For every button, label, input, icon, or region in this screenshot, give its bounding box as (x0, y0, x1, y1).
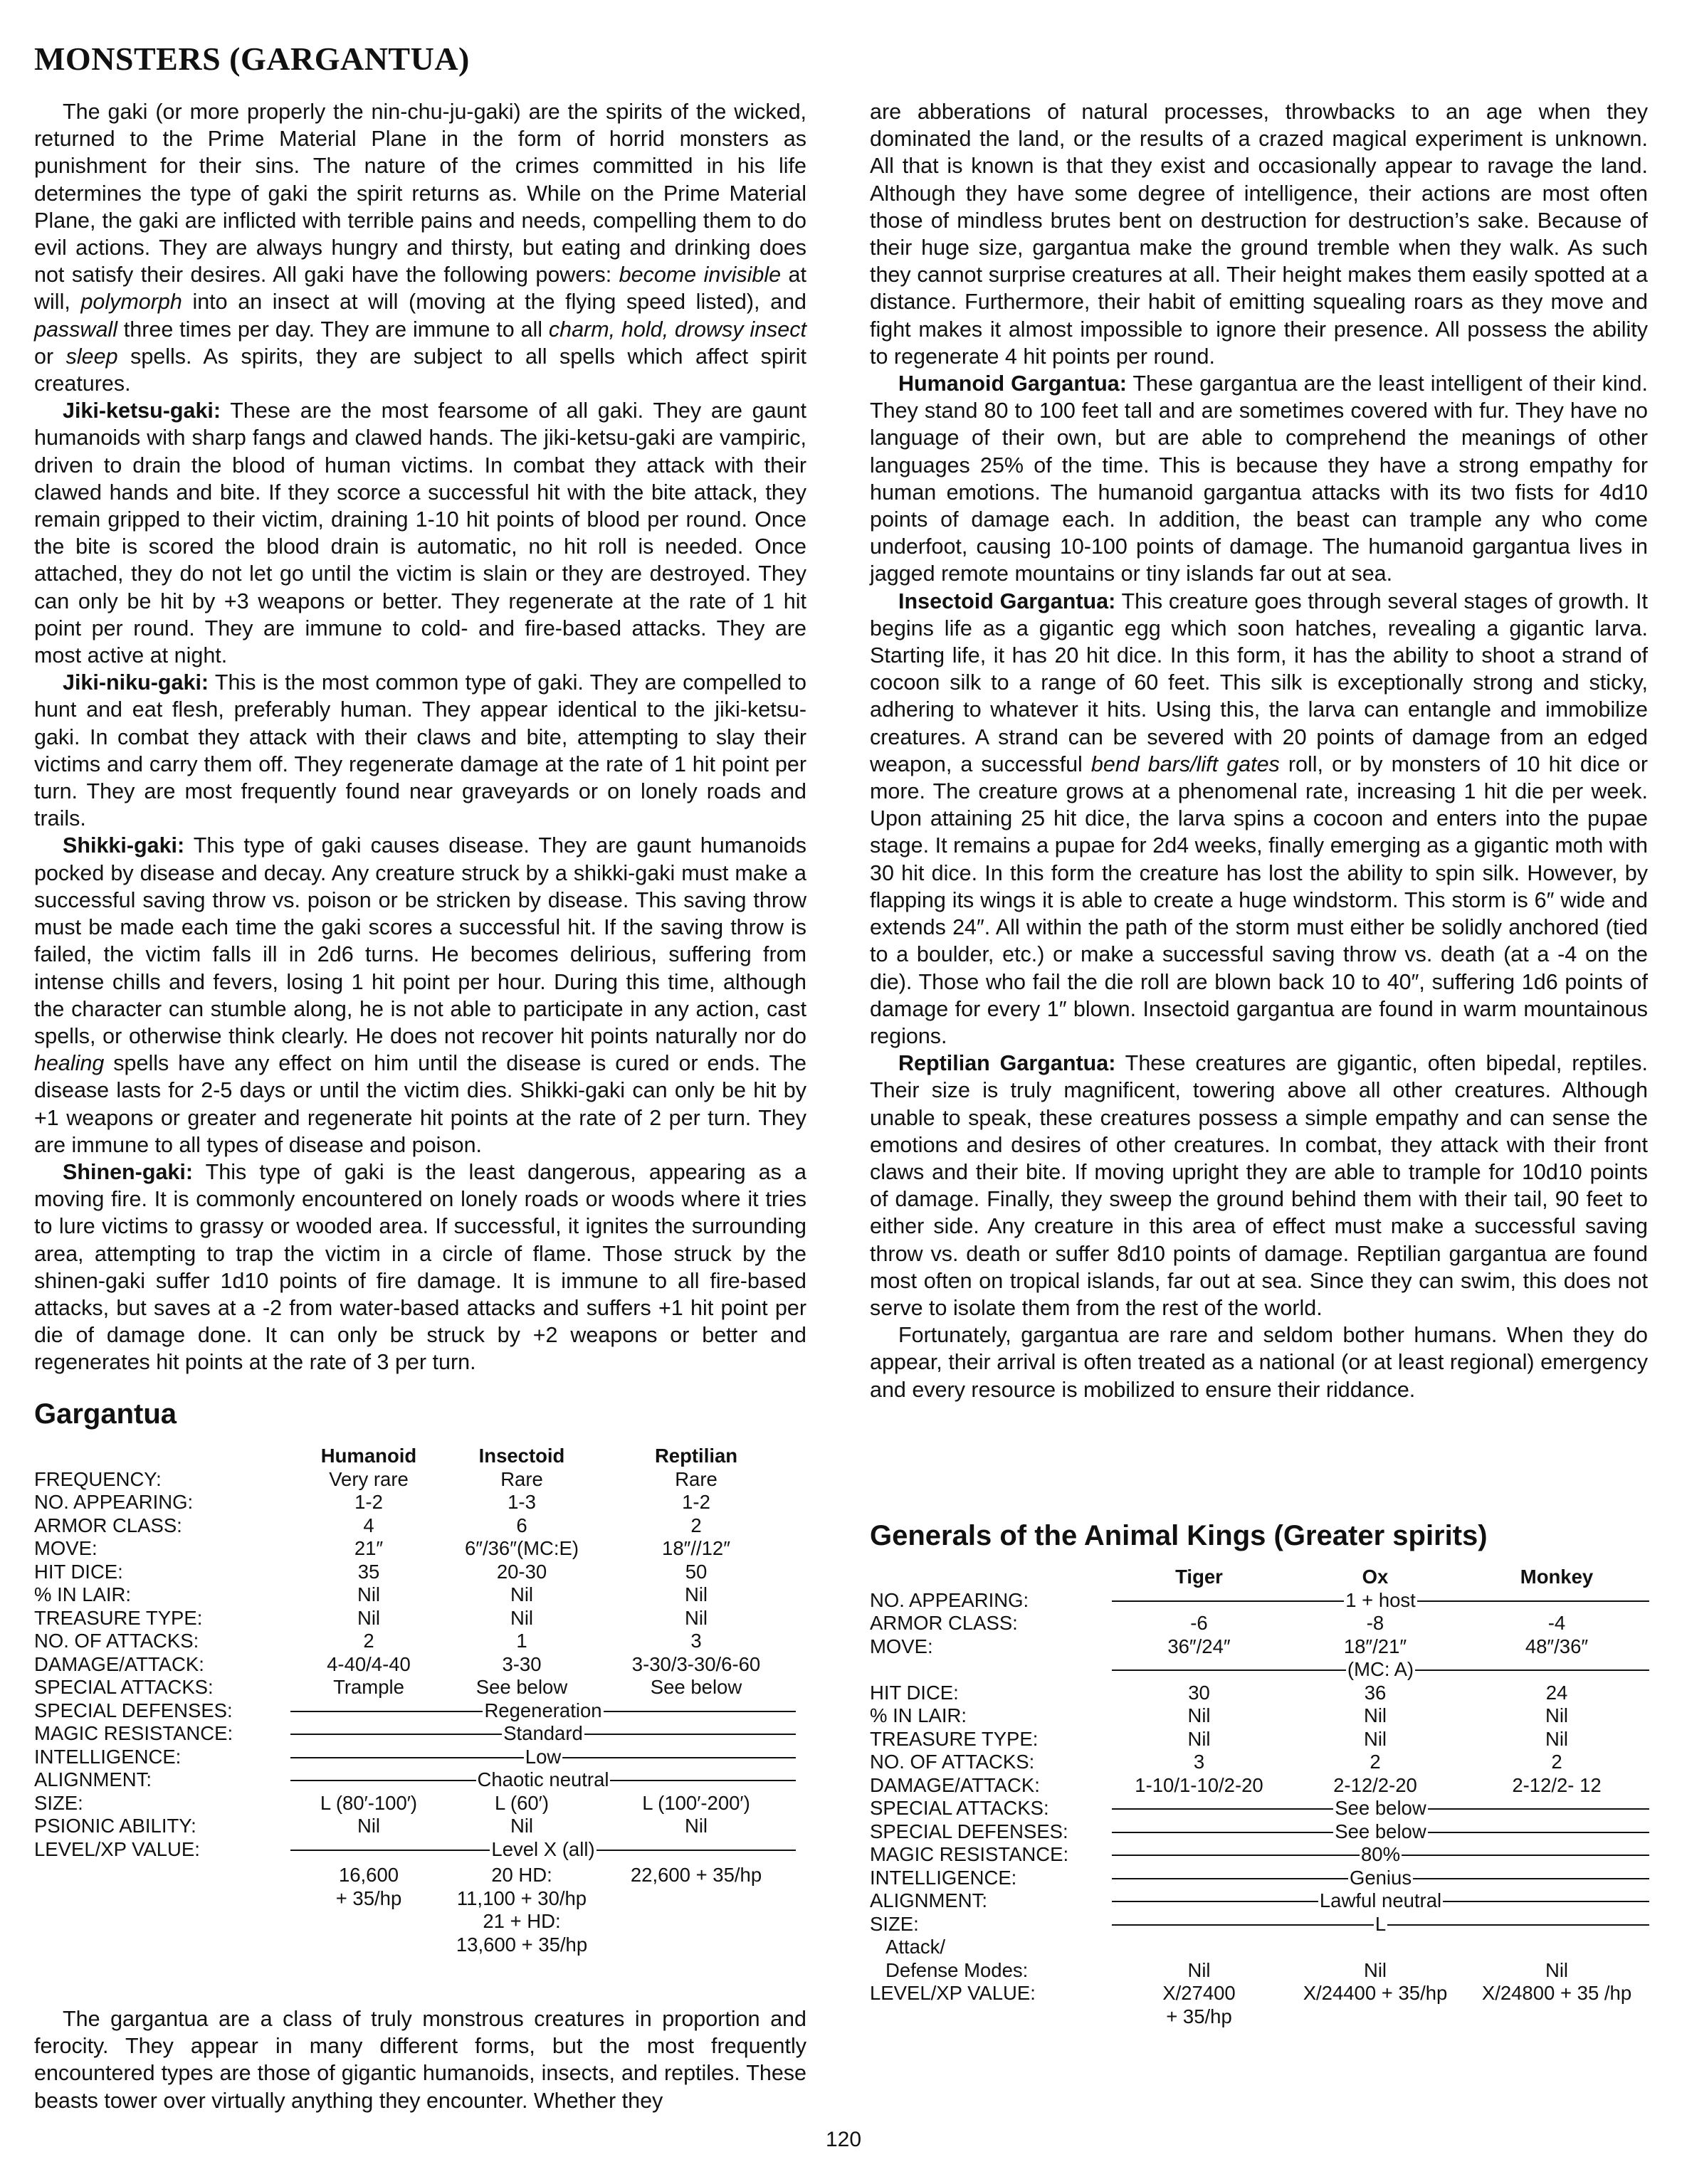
table-row: MAGIC RESISTANCE:Standard (34, 1722, 796, 1746)
spanning-value: L (1112, 1913, 1649, 1936)
entry-name: Shikki-gaki: (63, 833, 184, 858)
table-row: (MC: A) (870, 1658, 1649, 1682)
table-row: SPECIAL DEFENSES:See below (870, 1820, 1649, 1844)
table-row: ALIGNMENT:Lawful neutral (870, 1889, 1649, 1913)
column-header: Reptilian (596, 1445, 796, 1468)
table-row: + 35/hp (870, 2005, 1649, 2029)
table-row: ALIGNMENT:Chaotic neutral (34, 1768, 796, 1792)
insectoid-gargantua-entry: Insectoid Gargantua: This creature goes … (870, 588, 1648, 1050)
table-row: ARMOR CLASS:-6-8-4 (870, 1612, 1649, 1635)
table-row: FREQUENCY:Very rareRareRare (34, 1468, 796, 1492)
table-row: NO. OF ATTACKS:213 (34, 1630, 796, 1653)
table-header-row: Tiger Ox Monkey (870, 1566, 1649, 1589)
table-row: HIT DICE:3520-3050 (34, 1561, 796, 1584)
spanning-value: Genius (1112, 1867, 1649, 1890)
humanoid-gargantua-entry: Humanoid Gargantua: These gargantua are … (870, 370, 1648, 588)
table-row: HIT DICE:303624 (870, 1682, 1649, 1705)
jiki-niku-gaki-entry: Jiki-niku-gaki: This is the most common … (34, 669, 806, 832)
page-number: 120 (826, 2128, 861, 2152)
table-row: MOVE:36″/24″18″/21″48″/36″ (870, 1635, 1649, 1659)
entry-name: Insectoid Gargantua: (898, 589, 1115, 613)
spanning-value: 80% (1112, 1843, 1649, 1867)
table-row: SPECIAL DEFENSES:Regeneration (34, 1699, 796, 1723)
gargantua-table-title: Gargantua (34, 1398, 177, 1430)
column-header: Monkey (1464, 1566, 1649, 1589)
shikki-gaki-entry: Shikki-gaki: This type of gaki causes di… (34, 832, 806, 1158)
reptilian-gargantua-entry: Reptilian Gargantua: These creatures are… (870, 1050, 1648, 1322)
table-row: SIZE:L (870, 1913, 1649, 1936)
table-row: NO. OF ATTACKS:322 (870, 1751, 1649, 1774)
spanning-value: See below (1112, 1797, 1649, 1820)
table-row: LEVEL/XP VALUE:X/27400X/24400 + 35/hpX/2… (870, 1982, 1649, 2005)
spanning-value: Level X (all) (290, 1838, 796, 1862)
table-row: SPECIAL ATTACKS:TrampleSee belowSee belo… (34, 1676, 796, 1699)
entry-name: Jiki-niku-gaki: (63, 670, 209, 695)
spanning-value: Lawful neutral (1112, 1889, 1649, 1913)
entry-name: Jiki-ketsu-gaki: (63, 399, 221, 423)
gargantua-intro-paragraph: The gargantua are a class of truly monst… (34, 2005, 806, 2114)
column-header: Tiger (1112, 1566, 1286, 1589)
table-row: Attack/ (870, 1936, 1649, 1959)
table-row: MOVE:21″6″/36″(MC:E)18″//12″ (34, 1537, 796, 1561)
gargantua-closing-paragraph: Fortunately, gargantua are rare and seld… (870, 1322, 1648, 1403)
entry-name: Shinen-gaki: (63, 1160, 193, 1184)
table-row: DAMAGE/ATTACK:4-40/4-403-303-30/3-30/6-6… (34, 1653, 796, 1677)
table-row: Defense Modes:NilNilNil (870, 1959, 1649, 1983)
spanning-value: See below (1112, 1820, 1649, 1844)
generals-stat-table: Tiger Ox Monkey NO. APPEARING:1 + host A… (870, 1566, 1649, 2028)
spanning-value: Chaotic neutral (290, 1768, 796, 1792)
table-row: SIZE:L (80′-100′)L (60′)L (100′-200′) (34, 1792, 796, 1815)
table-row: LEVEL/XP VALUE:Level X (all) (34, 1838, 796, 1862)
gaki-intro-paragraph: The gaki (or more properly the nin-chu-j… (34, 98, 806, 397)
table-header-row: Humanoid Insectoid Reptilian (34, 1445, 796, 1468)
table-row: INTELLIGENCE:Genius (870, 1867, 1649, 1890)
table-row: TREASURE TYPE:NilNilNil (34, 1607, 796, 1630)
table-row: TREASURE TYPE:NilNilNil (870, 1728, 1649, 1751)
table-row: SPECIAL ATTACKS:See below (870, 1797, 1649, 1820)
spanning-value: (MC: A) (1112, 1658, 1649, 1682)
table-row: DAMAGE/ATTACK:1-10/1-10/2-202-12/2-202-1… (870, 1774, 1649, 1798)
spanning-value: Regeneration (290, 1699, 796, 1723)
table-row: ARMOR CLASS:462 (34, 1514, 796, 1538)
spanning-value: Low (290, 1746, 796, 1769)
table-row: % IN LAIR:NilNilNil (34, 1583, 796, 1607)
generals-table-title: Generals of the Animal Kings (Greater sp… (870, 1520, 1488, 1552)
table-row: NO. APPEARING:1-21-31-2 (34, 1491, 796, 1514)
entry-name: Humanoid Gargantua: (898, 371, 1127, 396)
column-header: Ox (1286, 1566, 1464, 1589)
table-row: % IN LAIR:NilNilNil (870, 1704, 1649, 1728)
table-row: NO. APPEARING:1 + host (870, 1589, 1649, 1613)
spanning-value: Standard (290, 1722, 796, 1746)
gargantua-intro-paragraph-container: The gargantua are a class of truly monst… (34, 2005, 806, 2114)
shinen-gaki-entry: Shinen-gaki: This type of gaki is the le… (34, 1159, 806, 1376)
table-row: INTELLIGENCE:Low (34, 1746, 796, 1769)
gargantua-continued-paragraph: are abberations of natural processes, th… (870, 98, 1648, 370)
gargantua-stat-table: Humanoid Insectoid Reptilian FREQUENCY:V… (34, 1445, 796, 1956)
left-column: The gaki (or more properly the nin-chu-j… (34, 98, 806, 1376)
jiki-ketsu-gaki-entry: Jiki-ketsu-gaki: These are the most fear… (34, 397, 806, 669)
entry-name: Reptilian Gargantua: (898, 1051, 1115, 1075)
column-header: Humanoid (290, 1445, 447, 1468)
table-row: MAGIC RESISTANCE:80% (870, 1843, 1649, 1867)
page-title: MONSTERS (GARGANTUA) (34, 40, 470, 78)
right-column: are abberations of natural processes, th… (870, 98, 1648, 1403)
column-header: Insectoid (447, 1445, 596, 1468)
table-row: PSIONIC ABILITY:NilNilNil (34, 1815, 796, 1838)
xp-detail-row: 16,600+ 35/hp 20 HD:11,100 + 30/hp21 + H… (34, 1861, 796, 1956)
spanning-value: 1 + host (1112, 1589, 1649, 1613)
